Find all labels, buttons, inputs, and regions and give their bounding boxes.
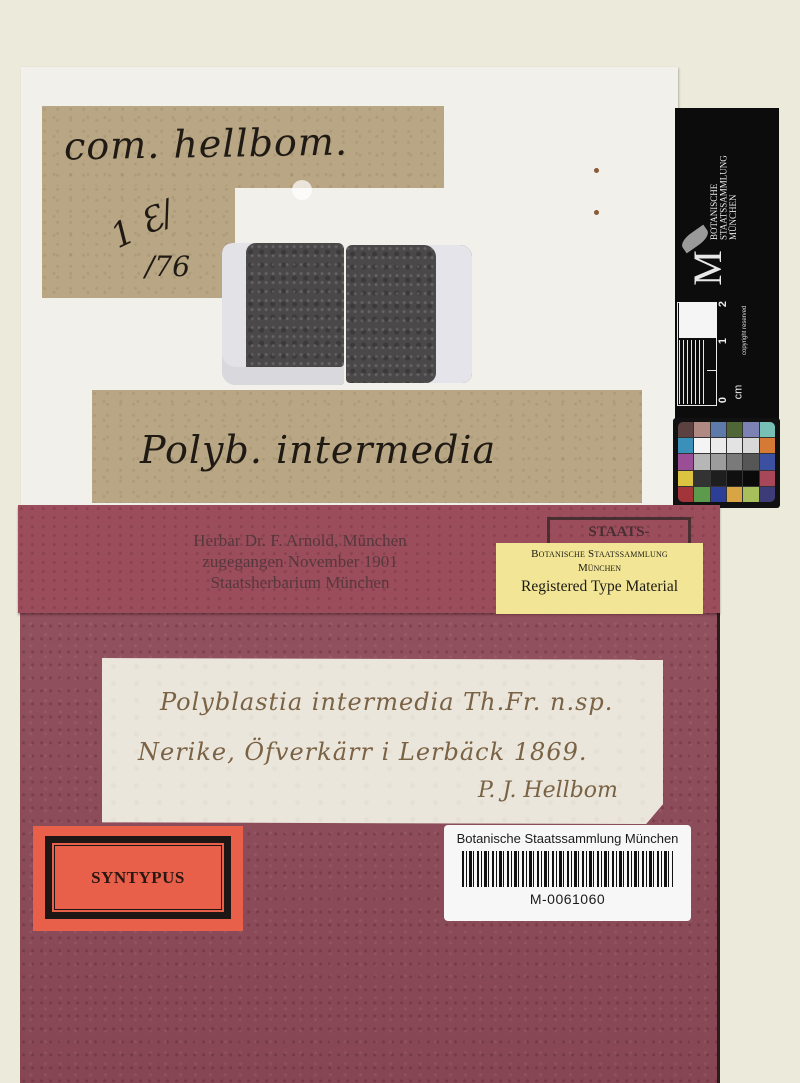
ruler-label-2: 2 [717,301,729,307]
syntypus-frame: SYNTYPUS [45,836,231,919]
syntypus-text: SYNTYPUS [54,845,222,910]
barcode-icon [462,851,673,887]
color-swatch [678,438,693,453]
ruler-white-segment [679,302,717,338]
pin-mark [594,210,599,215]
type-label-institution: Botanische Staatssammlung [496,548,703,560]
color-swatch [727,422,742,437]
barcode-institution: Botanische Staatssammlung München [452,831,683,846]
color-swatch [743,438,758,453]
color-swatch [678,487,693,502]
type-label-city: München [496,562,703,574]
color-swatch [711,487,726,502]
lichen-fragment-left [222,243,344,385]
color-grid [678,422,775,502]
lichen-fragment-right [346,245,472,383]
color-swatch [694,422,709,437]
color-swatch [711,471,726,486]
original-label-species: Polyblastia intermedia Th.Fr. n.sp. [160,688,613,716]
barcode-number: M-0061060 [452,891,683,907]
color-calibration-card [673,418,780,508]
color-swatch [727,471,742,486]
ruler-ticks [679,340,707,404]
color-swatch [760,471,775,486]
stamp-line-2: zugegangen November 1901 [140,551,460,572]
color-swatch [727,454,742,469]
color-swatch [694,454,709,469]
color-swatch [694,438,709,453]
type-label-status: Registered Type Material [496,578,703,596]
species-abbrev: Polyb. intermedia [140,428,496,472]
type-material-label: Botanische Staatssammlung München Regist… [496,543,703,614]
color-swatch [727,487,742,502]
color-swatch [760,438,775,453]
barcode-label: Botanische Staatssammlung München M-0061… [444,825,691,921]
debris-speck [292,180,312,200]
syntypus-label: SYNTYPUS [33,826,243,931]
logo-letter: M [688,250,728,286]
color-swatch [743,422,758,437]
stamp-line-3: Staatsherbarium München [140,572,460,593]
color-swatch [694,487,709,502]
color-swatch [694,471,709,486]
color-swatch [678,422,693,437]
color-swatch [760,454,775,469]
ruler-label-0: 0 [717,397,729,403]
color-swatch [727,438,742,453]
ruler-divider [707,370,717,371]
herbarium-stamp: Herbar Dr. F. Arnold, München zugegangen… [140,530,460,593]
collector-note: com. hellbom. [64,120,349,169]
color-swatch [743,471,758,486]
institution-line-2: STAATSSAMMLUNG [719,155,729,240]
color-swatch [711,454,726,469]
scale-institution-text: BOTANISCHE STAATSSAMMLUNG MÜNCHEN [710,120,738,240]
ruler-label-1: 1 [717,338,729,344]
original-label-locality: Nerike, Öfverkärr i Lerbäck 1869. [138,738,587,766]
stamp-line-1: Herbar Dr. F. Arnold, München [140,530,460,551]
color-swatch [760,422,775,437]
color-swatch [711,438,726,453]
color-swatch [711,422,726,437]
institution-line-1: BOTANISCHE [709,184,719,240]
ruler-unit: cm [732,385,744,400]
institution-line-3: MÜNCHEN [728,194,738,240]
pin-mark [594,168,599,173]
color-swatch [760,487,775,502]
color-swatch [743,454,758,469]
color-swatch [743,487,758,502]
date-note-year: /76 [145,250,190,283]
original-label-signature: P. J. Hellbom [478,778,618,803]
copyright-text: copyright reserved [742,285,748,355]
color-swatch [678,471,693,486]
color-swatch [678,454,693,469]
